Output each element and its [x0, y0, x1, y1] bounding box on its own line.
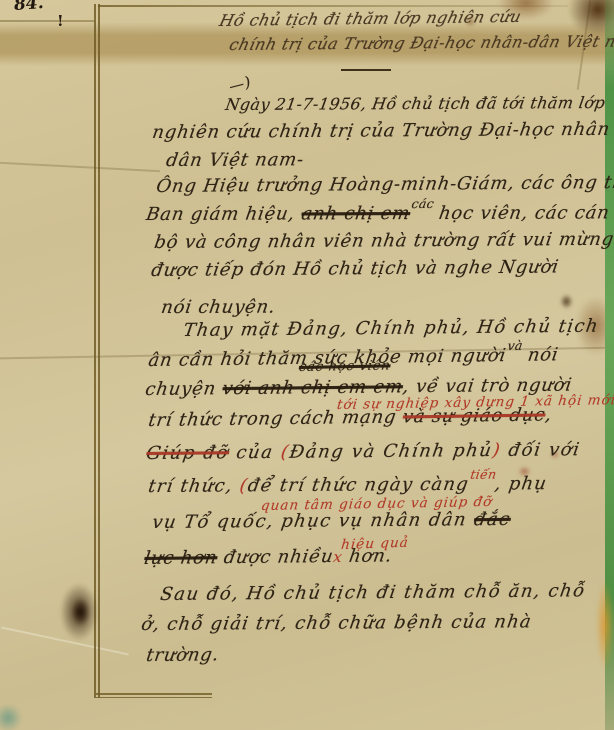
- manuscript-line-6: bộ và công nhân viên nhà trường rất vui …: [153, 229, 614, 253]
- line-14-text: , phụ: [493, 473, 548, 494]
- red-struck-text: và sự giáo dục: [401, 404, 546, 427]
- line-13-text: Đảng và Chính phủ: [288, 440, 494, 463]
- manuscript-line-5: Ban giám hiệu, anh chị emcác học viên, c…: [145, 202, 612, 225]
- manuscript-line-15: vụ Tổ quốc, phục vụ nhân dân đắc: [151, 509, 512, 533]
- line-15-text: vụ Tổ quốc, phục vụ nhân dân: [151, 509, 476, 533]
- line-16-text: hơn.: [341, 545, 394, 567]
- line-10-text: nói: [520, 344, 560, 366]
- manuscript-line-3: dân Việt nam-: [165, 149, 306, 171]
- orange-stain-edge: [596, 580, 614, 670]
- manuscript-line-17: Sau đó, Hồ chủ tịch đi thăm chỗ ăn, chỗ: [159, 580, 587, 605]
- margin-tick-mark: !: [57, 12, 64, 30]
- manuscript-line-4: Ông Hiệu trưởng Hoàng-minh-Giám, các ông…: [155, 172, 614, 197]
- manuscript-line-7: được tiếp đón Hồ chủ tịch và nghe Người: [150, 256, 561, 281]
- frame-bottom-line: [96, 693, 212, 695]
- line-13-text: đối với: [500, 439, 583, 461]
- struck-text: với: [221, 378, 253, 399]
- manuscript-line-2: nghiên cứu chính trị của Trường Đại-học …: [151, 119, 612, 143]
- manuscript-line-9: Thay mặt Đảng, Chính phủ, Hồ chủ tịch: [182, 316, 601, 341]
- struck-text: lực hơn: [143, 547, 219, 569]
- frame-bottom-line: [96, 697, 212, 699]
- struck-interline-text: các học viên: [298, 358, 392, 375]
- red-inserted-word: tiến: [469, 467, 497, 482]
- manuscript-line-19: trường.: [145, 644, 221, 666]
- red-struck-text: Giúp đỡ: [145, 442, 231, 464]
- ink-blot-on-frame: [72, 598, 90, 626]
- inserted-word: các: [411, 196, 436, 211]
- scanned-manuscript-page: 84. ! Hồ chủ tịch đi thăm lớp nghiên cứu…: [0, 0, 614, 730]
- manuscript-title-line-2: chính trị của Trường Đại-học nhân-dân Vi…: [227, 31, 614, 54]
- struck-text: anh chị em: [300, 203, 412, 224]
- manuscript-line-16: lực hơn được nhiềux hơn.: [143, 545, 394, 569]
- line-14-text: để trí thức ngày càng: [246, 474, 470, 497]
- line-14-text: trí thức,: [147, 475, 242, 497]
- struck-text: đắc: [473, 509, 513, 530]
- line-5-text: Ban giám hiệu,: [145, 203, 303, 225]
- inserted-word: và: [507, 338, 524, 353]
- manuscript-line-13: Giúp đỡ của (Đảng và Chính phủ) đối với: [145, 439, 582, 464]
- teal-smudge: [0, 704, 22, 730]
- ink-spot: [560, 294, 573, 309]
- manuscript-line-1: Ngày 21-7-1956, Hồ chủ tịch đã tới thăm …: [224, 93, 607, 114]
- line-5-text: học viên, các cán: [431, 202, 611, 224]
- line-13-text: của: [228, 442, 283, 463]
- manuscript-line-8: nói chuyện.: [160, 297, 277, 318]
- title-underline: [341, 69, 391, 71]
- frame-left-stub-line: [0, 20, 94, 22]
- page-number: 84.: [13, 0, 44, 15]
- line-16-text: được nhiều: [216, 546, 335, 568]
- manuscript-line-18: ở, chỗ giải trí, chỗ chữa bệnh của nhà: [140, 611, 534, 635]
- line-11-text: chuyện: [144, 378, 224, 400]
- frame-vertical-line: [98, 4, 100, 698]
- line-12-text: trí thức trong cách mạng: [147, 406, 404, 431]
